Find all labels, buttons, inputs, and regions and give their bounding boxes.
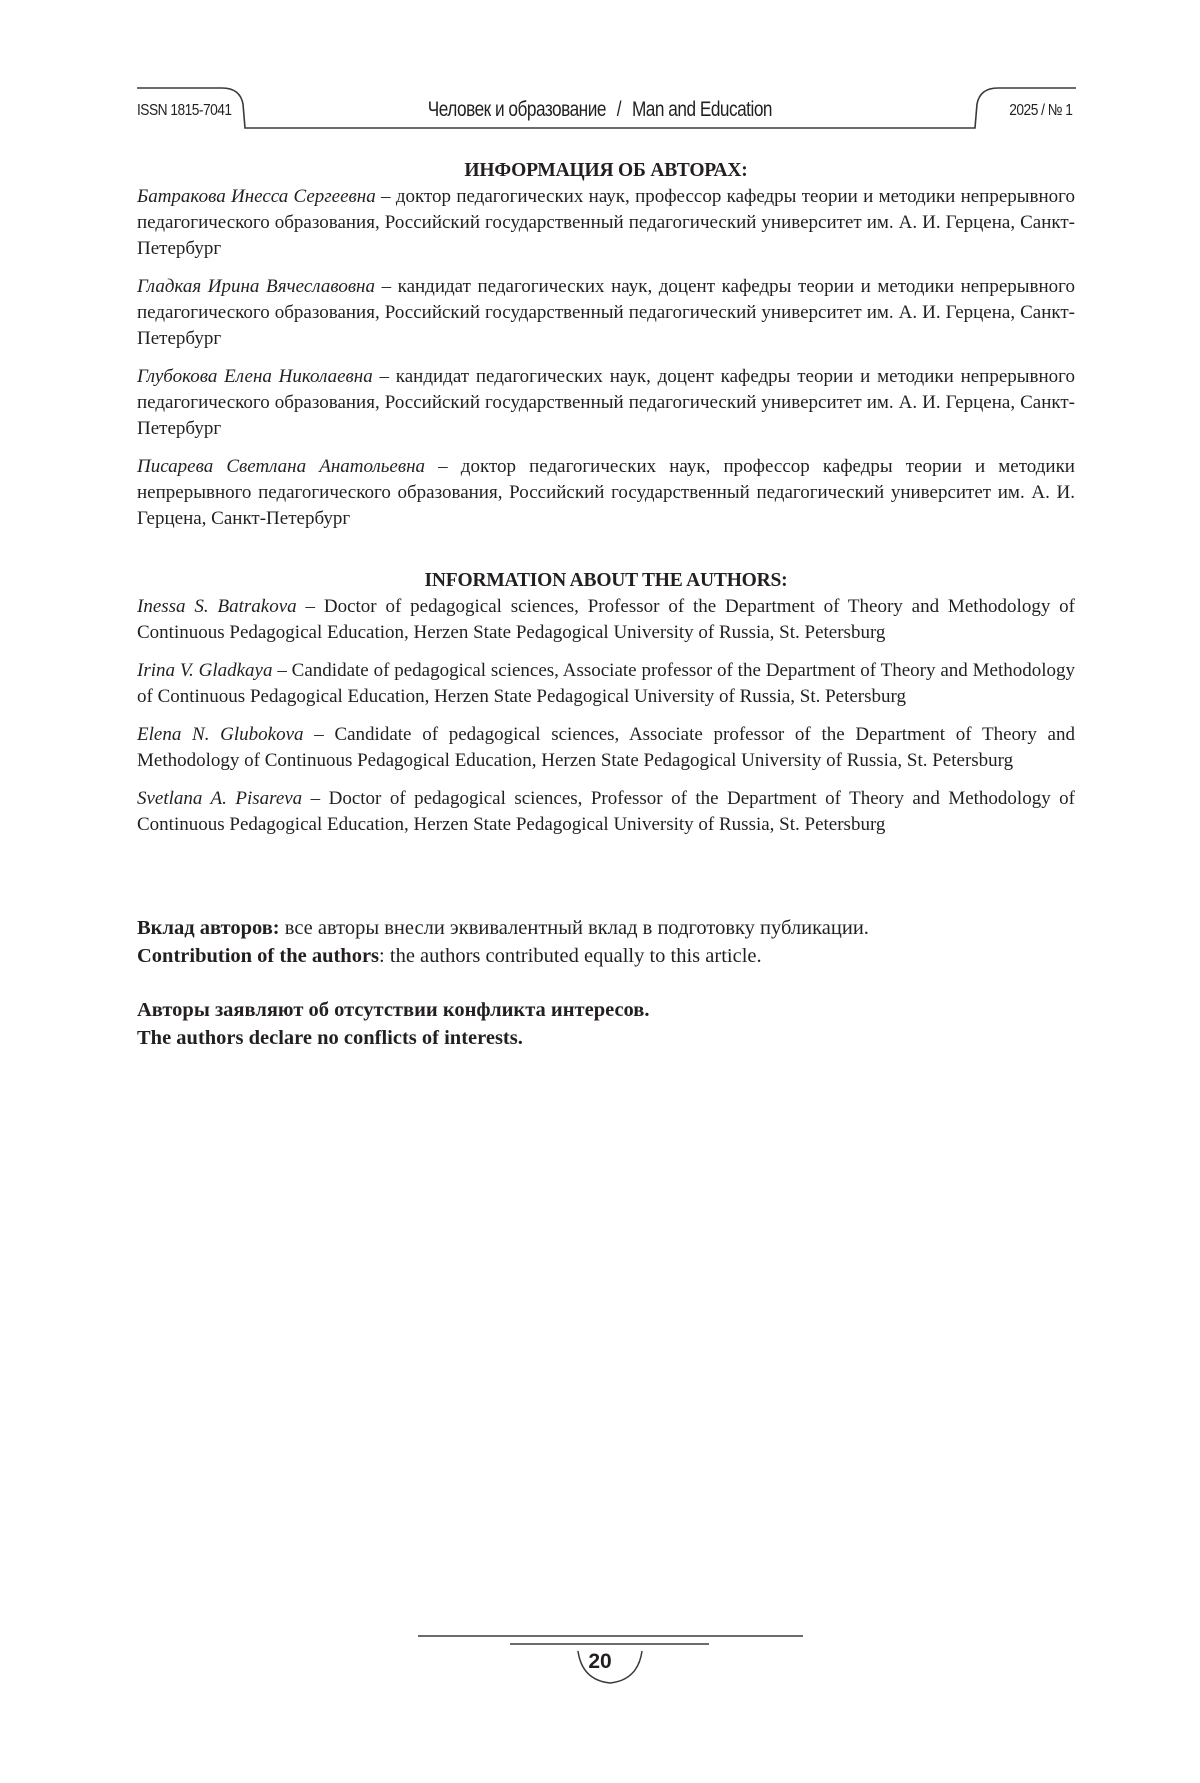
author-name: Писарева Светлана Анатольевна (137, 456, 425, 477)
authors-info-ru: ИНФОРМАЦИЯ ОБ АВТОРАХ: Батракова Инесса … (137, 158, 1075, 532)
journal-title-separator: / (610, 98, 627, 121)
author-description: – Candidate of pedagogical sciences, Ass… (137, 660, 1075, 707)
author-name: Гладкая Ирина Вячеславовна (137, 276, 375, 297)
page-content: ИНФОРМАЦИЯ ОБ АВТОРАХ: Батракова Инесса … (137, 158, 1075, 1052)
journal-title-ru: Человек и образование (428, 98, 606, 121)
contribution-en-label: Contribution of the authors (137, 945, 379, 967)
journal-title-en: Man and Education (632, 98, 772, 121)
authors-heading-ru: ИНФОРМАЦИЯ ОБ АВТОРАХ: (137, 158, 1075, 184)
author-name: Elena N. Glubokova (137, 724, 304, 745)
page-footer: 20 (0, 1620, 1200, 1720)
author-entry: Inessa S. Batrakova – Doctor of pedagogi… (137, 594, 1075, 646)
author-entry: Писарева Светлана Анатольевна – доктор п… (137, 454, 1075, 532)
issue-label: 2025 / № 1 (1009, 102, 1072, 120)
contribution-ru-label: Вклад авторов: (137, 917, 280, 939)
author-entry: Irina V. Gladkaya – Candidate of pedagog… (137, 658, 1075, 710)
conflict-en-text: The authors declare no conflicts of inte… (137, 1027, 523, 1049)
contribution-ru: Вклад авторов: все авторы внесли эквивал… (137, 914, 1075, 942)
page-number: 20 (0, 1650, 1200, 1674)
contribution-en-text: : the authors contributed equally to thi… (379, 945, 762, 967)
contribution-en: Contribution of the authors: the authors… (137, 942, 1075, 970)
author-name: Батракова Инесса Сергеевна (137, 186, 376, 207)
author-name: Глубокова Елена Николаевна (137, 366, 373, 387)
conflict-ru: Авторы заявляют об отсутствии конфликта … (137, 996, 1075, 1024)
author-name: Irina V. Gladkaya (137, 660, 272, 681)
author-entry: Гладкая Ирина Вячеславовна – кандидат пе… (137, 274, 1075, 352)
author-name: Svetlana A. Pisareva (137, 788, 302, 809)
conflict-ru-text: Авторы заявляют об отсутствии конфликта … (137, 999, 650, 1021)
spacer (137, 970, 1075, 996)
authors-heading-en: INFORMATION ABOUT THE AUTHORS: (137, 568, 1075, 594)
author-entry: Svetlana A. Pisareva – Doctor of pedagog… (137, 786, 1075, 838)
author-entry: Elena N. Glubokova – Candidate of pedago… (137, 722, 1075, 774)
running-header: ISSN 1815-7041 Человек и образование / M… (0, 0, 1200, 140)
authors-info-en: INFORMATION ABOUT THE AUTHORS: Inessa S.… (137, 568, 1075, 838)
author-statements: Вклад авторов: все авторы внесли эквивал… (137, 914, 1075, 1052)
author-name: Inessa S. Batrakova (137, 596, 297, 617)
author-entry: Глубокова Елена Николаевна – кандидат пе… (137, 364, 1075, 442)
contribution-ru-text: все авторы внесли эквивалентный вклад в … (280, 917, 869, 939)
author-entry: Батракова Инесса Сергеевна – доктор педа… (137, 184, 1075, 262)
conflict-en: The authors declare no conflicts of inte… (137, 1024, 1075, 1052)
